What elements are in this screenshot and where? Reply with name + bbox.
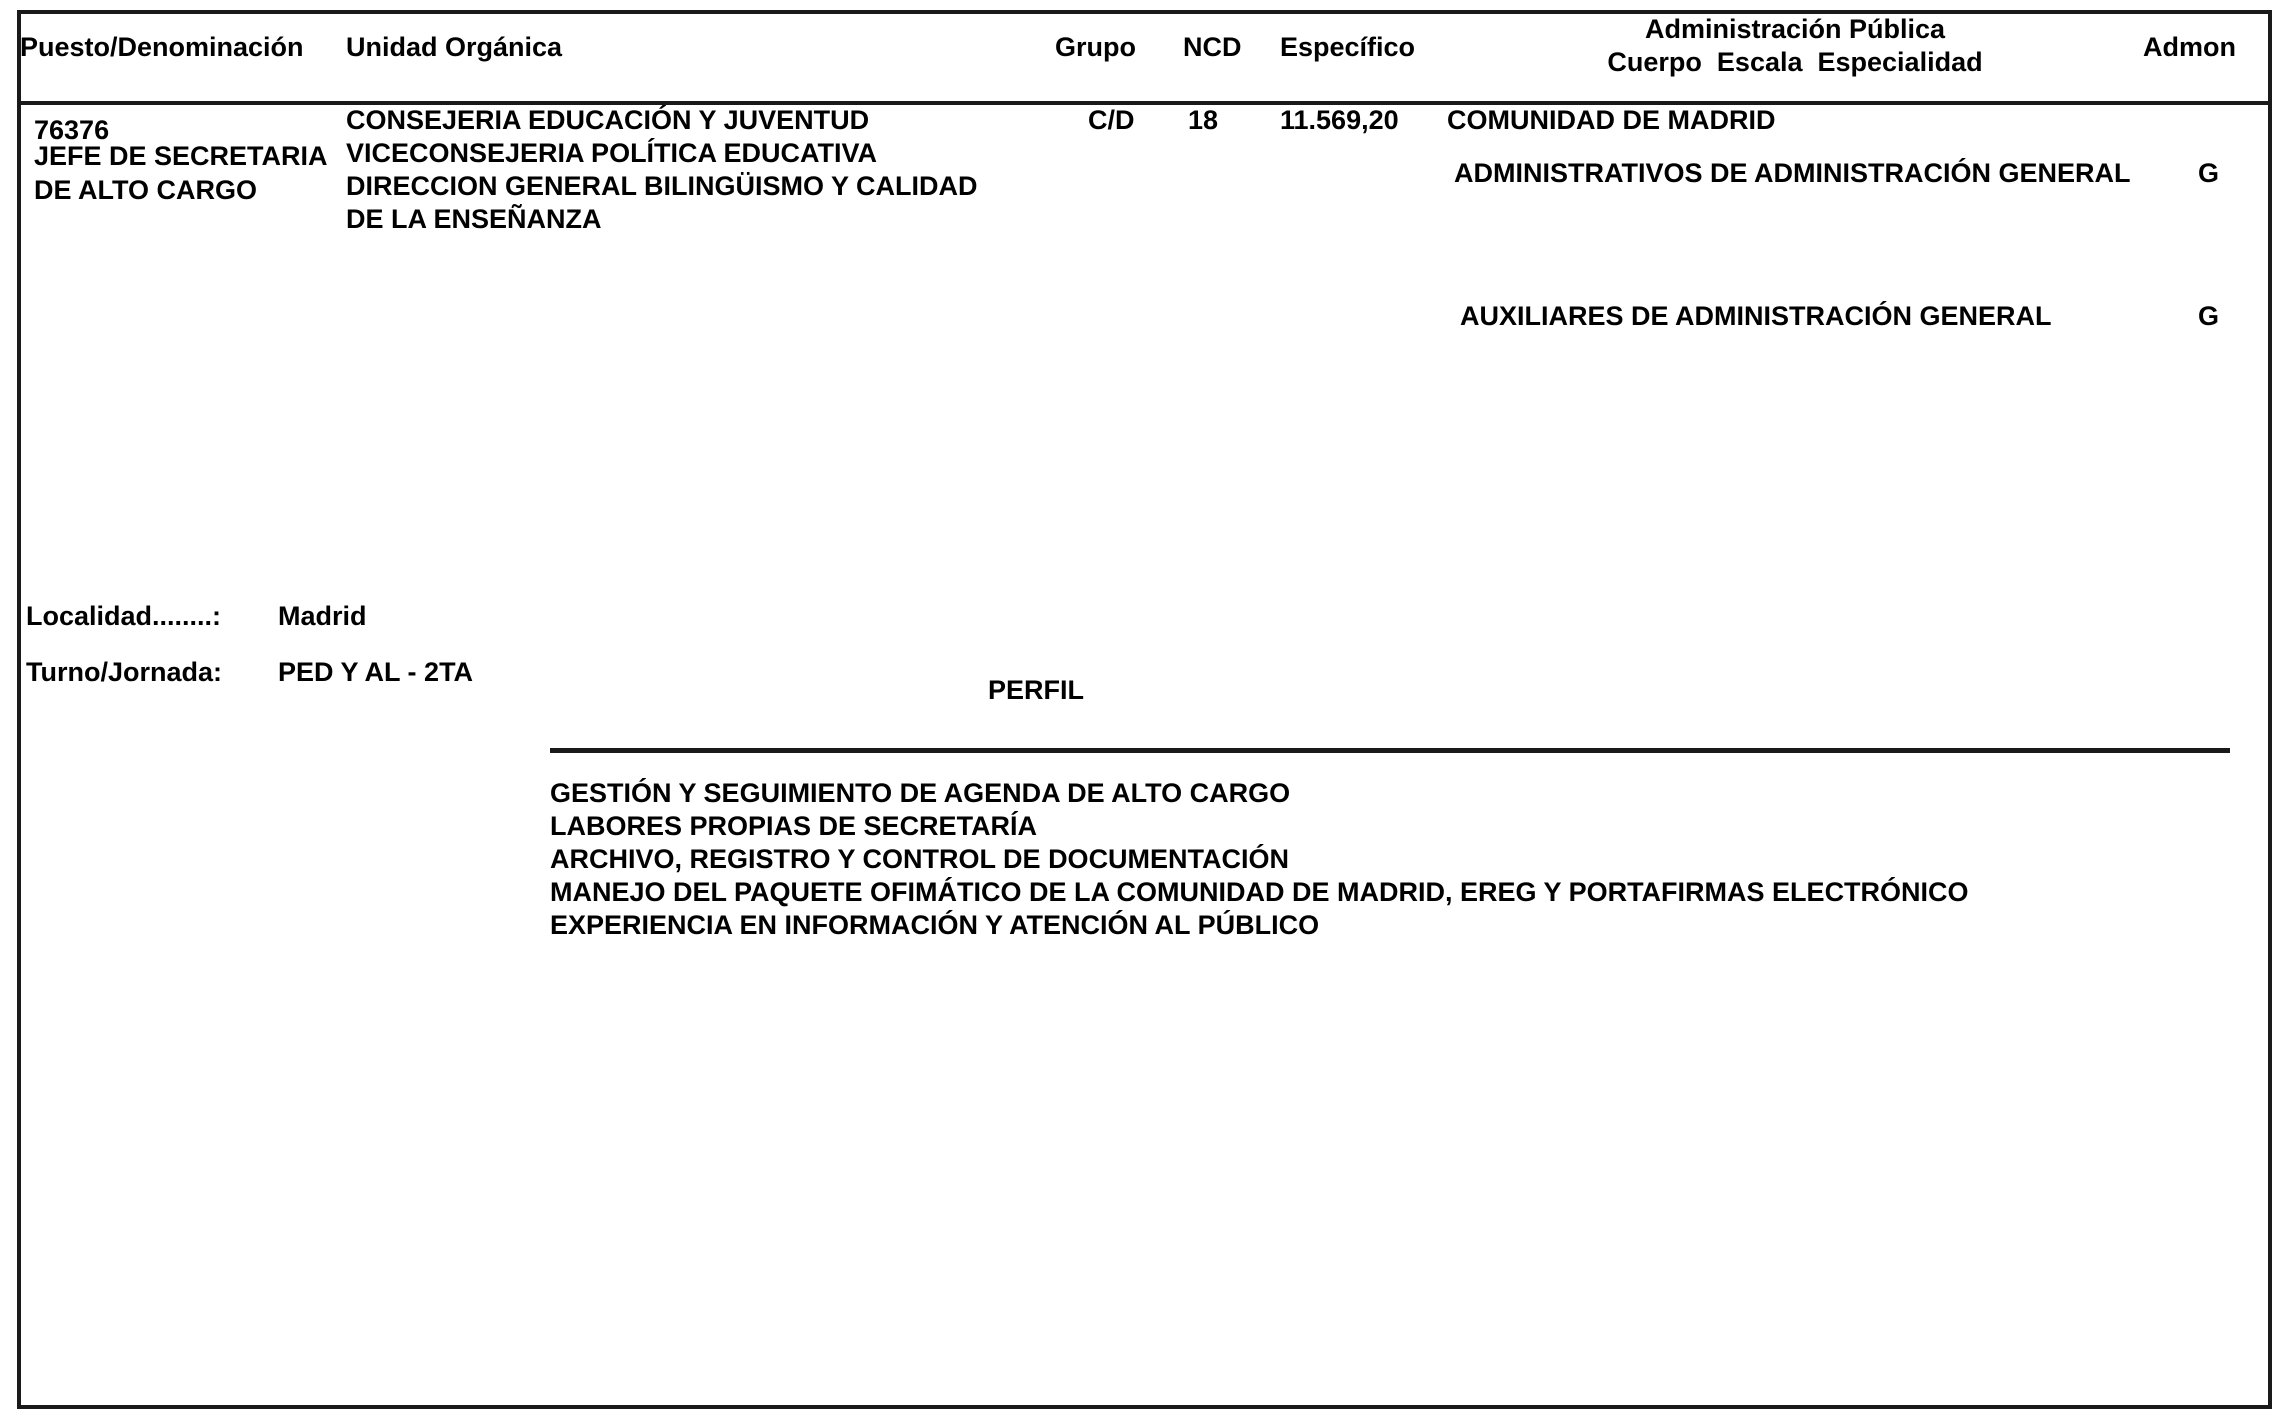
cuerpo-1-nombre: ADMINISTRATIVOS DE ADMINISTRACIÓN GENERA… [1454,157,2131,190]
header-ncd: NCD [1183,31,1242,64]
perfil-title: PERFIL [988,674,1084,707]
turno-value: PED Y AL - 2TA [278,656,473,689]
localidad-value: Madrid [278,600,367,633]
turno-label: Turno/Jornada: [26,656,222,689]
perfil-item: LABORES PROPIAS DE SECRETARÍA [550,810,1037,843]
header-cuerpo-escala: Cuerpo Escala Especialidad [1540,46,2050,79]
puesto-denominacion-2: DE ALTO CARGO [34,174,257,207]
header-unidad: Unidad Orgánica [346,31,562,64]
header-especifico: Específico [1280,31,1415,64]
especifico-value: 11.569,20 [1280,104,1399,137]
unidad-line-3: DIRECCION GENERAL BILINGÜISMO Y CALIDAD [346,170,978,203]
header-puesto: Puesto/Denominación [20,31,304,64]
header-admin-publica: Administración Pública [1540,13,2050,46]
unidad-line-1: CONSEJERIA EDUCACIÓN Y JUVENTUD [346,104,869,137]
header-admon: Admon [2143,31,2236,64]
cuerpo-2-nombre: AUXILIARES DE ADMINISTRACIÓN GENERAL [1460,300,2052,333]
grupo-value: C/D [1088,104,1135,137]
cuerpo-2-admon: G [2198,300,2219,333]
localidad-label: Localidad........: [26,600,221,633]
unidad-line-2: VICECONSEJERIA POLÍTICA EDUCATIVA [346,137,877,170]
perfil-divider [550,748,2230,753]
perfil-item: ARCHIVO, REGISTRO Y CONTROL DE DOCUMENTA… [550,843,1289,876]
perfil-item: MANEJO DEL PAQUETE OFIMÁTICO DE LA COMUN… [550,876,1969,909]
administracion-value: COMUNIDAD DE MADRID [1447,104,1775,137]
puesto-denominacion-1: JEFE DE SECRETARIA [34,140,328,173]
perfil-item: EXPERIENCIA EN INFORMACIÓN Y ATENCIÓN AL… [550,909,1319,942]
ncd-value: 18 [1188,104,1218,137]
header-grupo: Grupo [1055,31,1136,64]
perfil-item: GESTIÓN Y SEGUIMIENTO DE AGENDA DE ALTO … [550,777,1290,810]
unidad-line-4: DE LA ENSEÑANZA [346,203,602,236]
cuerpo-1-admon: G [2198,157,2219,190]
